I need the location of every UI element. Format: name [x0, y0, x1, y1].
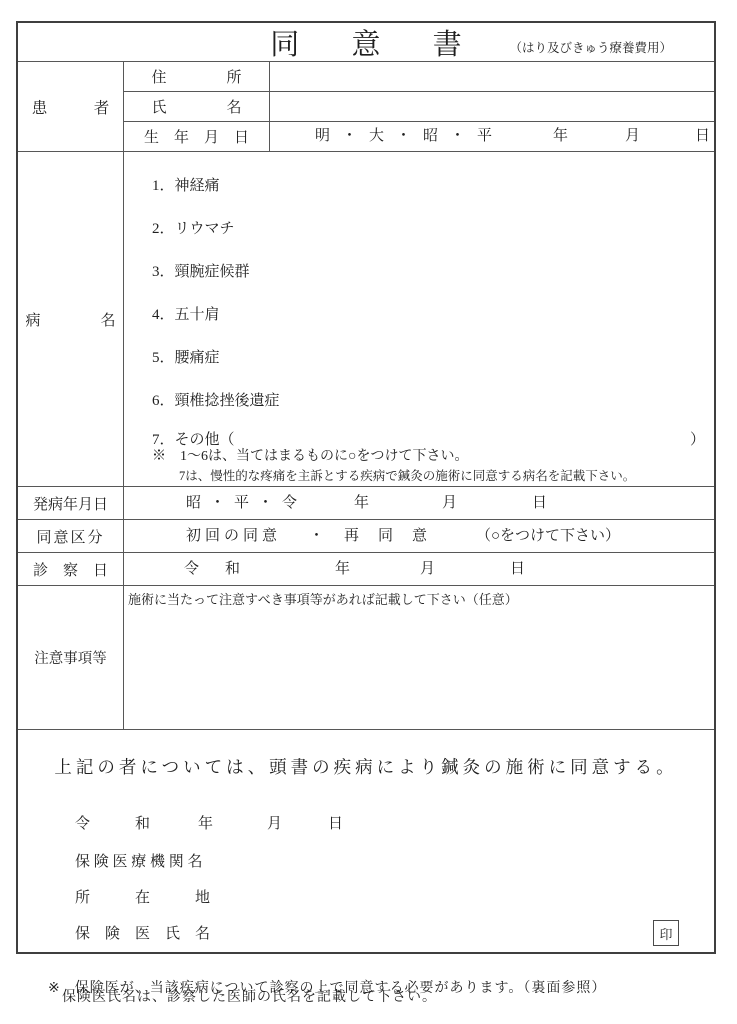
exam-date-field: 令和 年 月 日: [124, 553, 714, 586]
disease-item-3: 3．頸腕症候群: [152, 262, 250, 282]
disease-note-other: 7は、慢性的な疼痛を主訴とする疾病で鍼灸の施術に同意する病名を記載下さい。: [179, 466, 635, 484]
exam-year-label: 年: [335, 553, 350, 585]
name-field-blank: [270, 92, 714, 122]
consent-date-era: 令 和: [75, 814, 150, 834]
seal-stamp-label: 印: [659, 924, 672, 943]
birthdate-era-options: 明・大・昭・平: [315, 122, 504, 151]
address-field-blank: [270, 62, 714, 92]
disease-item-1: 1．神経痛: [152, 176, 220, 196]
doctor-name-label: 保 険 医 氏 名: [75, 924, 210, 944]
consent-circle-note: （○をつけて下さい）: [476, 520, 620, 552]
address-label: 住 所: [124, 62, 270, 92]
precautions-placeholder: 施術に当たって注意すべき事項等があれば記載して下さい（任意）: [128, 589, 518, 608]
exam-date-label: 診 察 日: [18, 553, 124, 586]
location-label: 所 在 地: [75, 888, 210, 908]
exam-month-label: 月: [420, 553, 435, 585]
seal-stamp-box: 印: [653, 920, 679, 946]
form-subtitle: （はり及びきゅう療養費用）: [509, 38, 672, 56]
onset-date-field: 昭・平・令 年 月 日: [124, 487, 714, 520]
name-label: 氏 名: [124, 92, 270, 122]
onset-year-label: 年: [354, 487, 369, 519]
disease-item-4: 4．五十肩: [152, 305, 220, 325]
precautions-label: 注意事項等: [18, 586, 124, 730]
footer-note-2: 保険医氏名は、診察した医師の氏名を記載して下さい。: [62, 986, 437, 1006]
consent-category-field: 初回の同意 ・ 再 同 意 （○をつけて下さい）: [124, 520, 714, 553]
onset-era-options: 昭・平・令: [186, 487, 306, 519]
consent-renewal-option: 再 同 意: [344, 520, 429, 552]
footnote-mark: ※: [48, 981, 61, 996]
consent-first-option: 初回の同意: [186, 520, 281, 552]
disease-item-7-close-paren: ）: [690, 430, 705, 450]
onset-date-label: 発病年月日: [18, 487, 124, 520]
birthdate-year-label: 年: [553, 122, 568, 151]
disease-item-2: 2．リウマチ: [152, 219, 235, 239]
consent-category-label: 同意区分: [18, 520, 124, 553]
doctor-consent-block: 上記の者については、頭書の疾病により鍼灸の施術に同意する。 令 和 年 月 日 …: [18, 730, 714, 952]
exam-era-label: 令和: [184, 553, 266, 585]
disease-note-circle: ※ 1～6は、当てはまるものに○をつけて下さい。: [152, 445, 468, 465]
patient-section-label: 患 者: [18, 62, 124, 152]
institution-name-label: 保 険 医 療 機 関 名: [75, 852, 203, 872]
birthdate-day-label: 日: [695, 122, 710, 151]
consent-form-page: 同意書 （はり及びきゅう療養費用） 患 者 住 所 氏 名 生 年 月 日 明・…: [0, 0, 737, 1024]
onset-day-label: 日: [532, 487, 547, 519]
form-title: 同意書: [218, 22, 514, 63]
disease-item-5: 5．腰痛症: [152, 348, 220, 368]
title-row: 同意書 （はり及びきゅう療養費用）: [18, 23, 714, 62]
disease-section-label: 病 名: [18, 152, 124, 487]
precautions-field: 施術に当たって注意すべき事項等があれば記載して下さい（任意）: [124, 586, 714, 730]
consent-form-table: 同意書 （はり及びきゅう療養費用） 患 者 住 所 氏 名 生 年 月 日 明・…: [16, 21, 716, 954]
birthdate-label: 生 年 月 日: [124, 122, 270, 152]
exam-day-label: 日: [510, 553, 525, 585]
consent-option-separator: ・: [309, 520, 324, 552]
disease-list: 1．神経痛 2．リウマチ 3．頸腕症候群 4．五十肩 5．腰痛症 6．頸椎捻挫後…: [124, 152, 714, 487]
birthdate-month-label: 月: [625, 122, 640, 151]
disease-item-6: 6．頸椎捻挫後遺症: [152, 391, 280, 411]
birthdate-field: 明・大・昭・平 年 月 日: [270, 122, 714, 152]
onset-month-label: 月: [442, 487, 457, 519]
consent-date-month: 月: [267, 814, 282, 834]
consent-date-day: 日: [328, 814, 343, 834]
consent-statement: 上記の者については、頭書の疾病により鍼灸の施術に同意する。: [18, 754, 714, 779]
consent-date-year: 年: [198, 814, 213, 834]
